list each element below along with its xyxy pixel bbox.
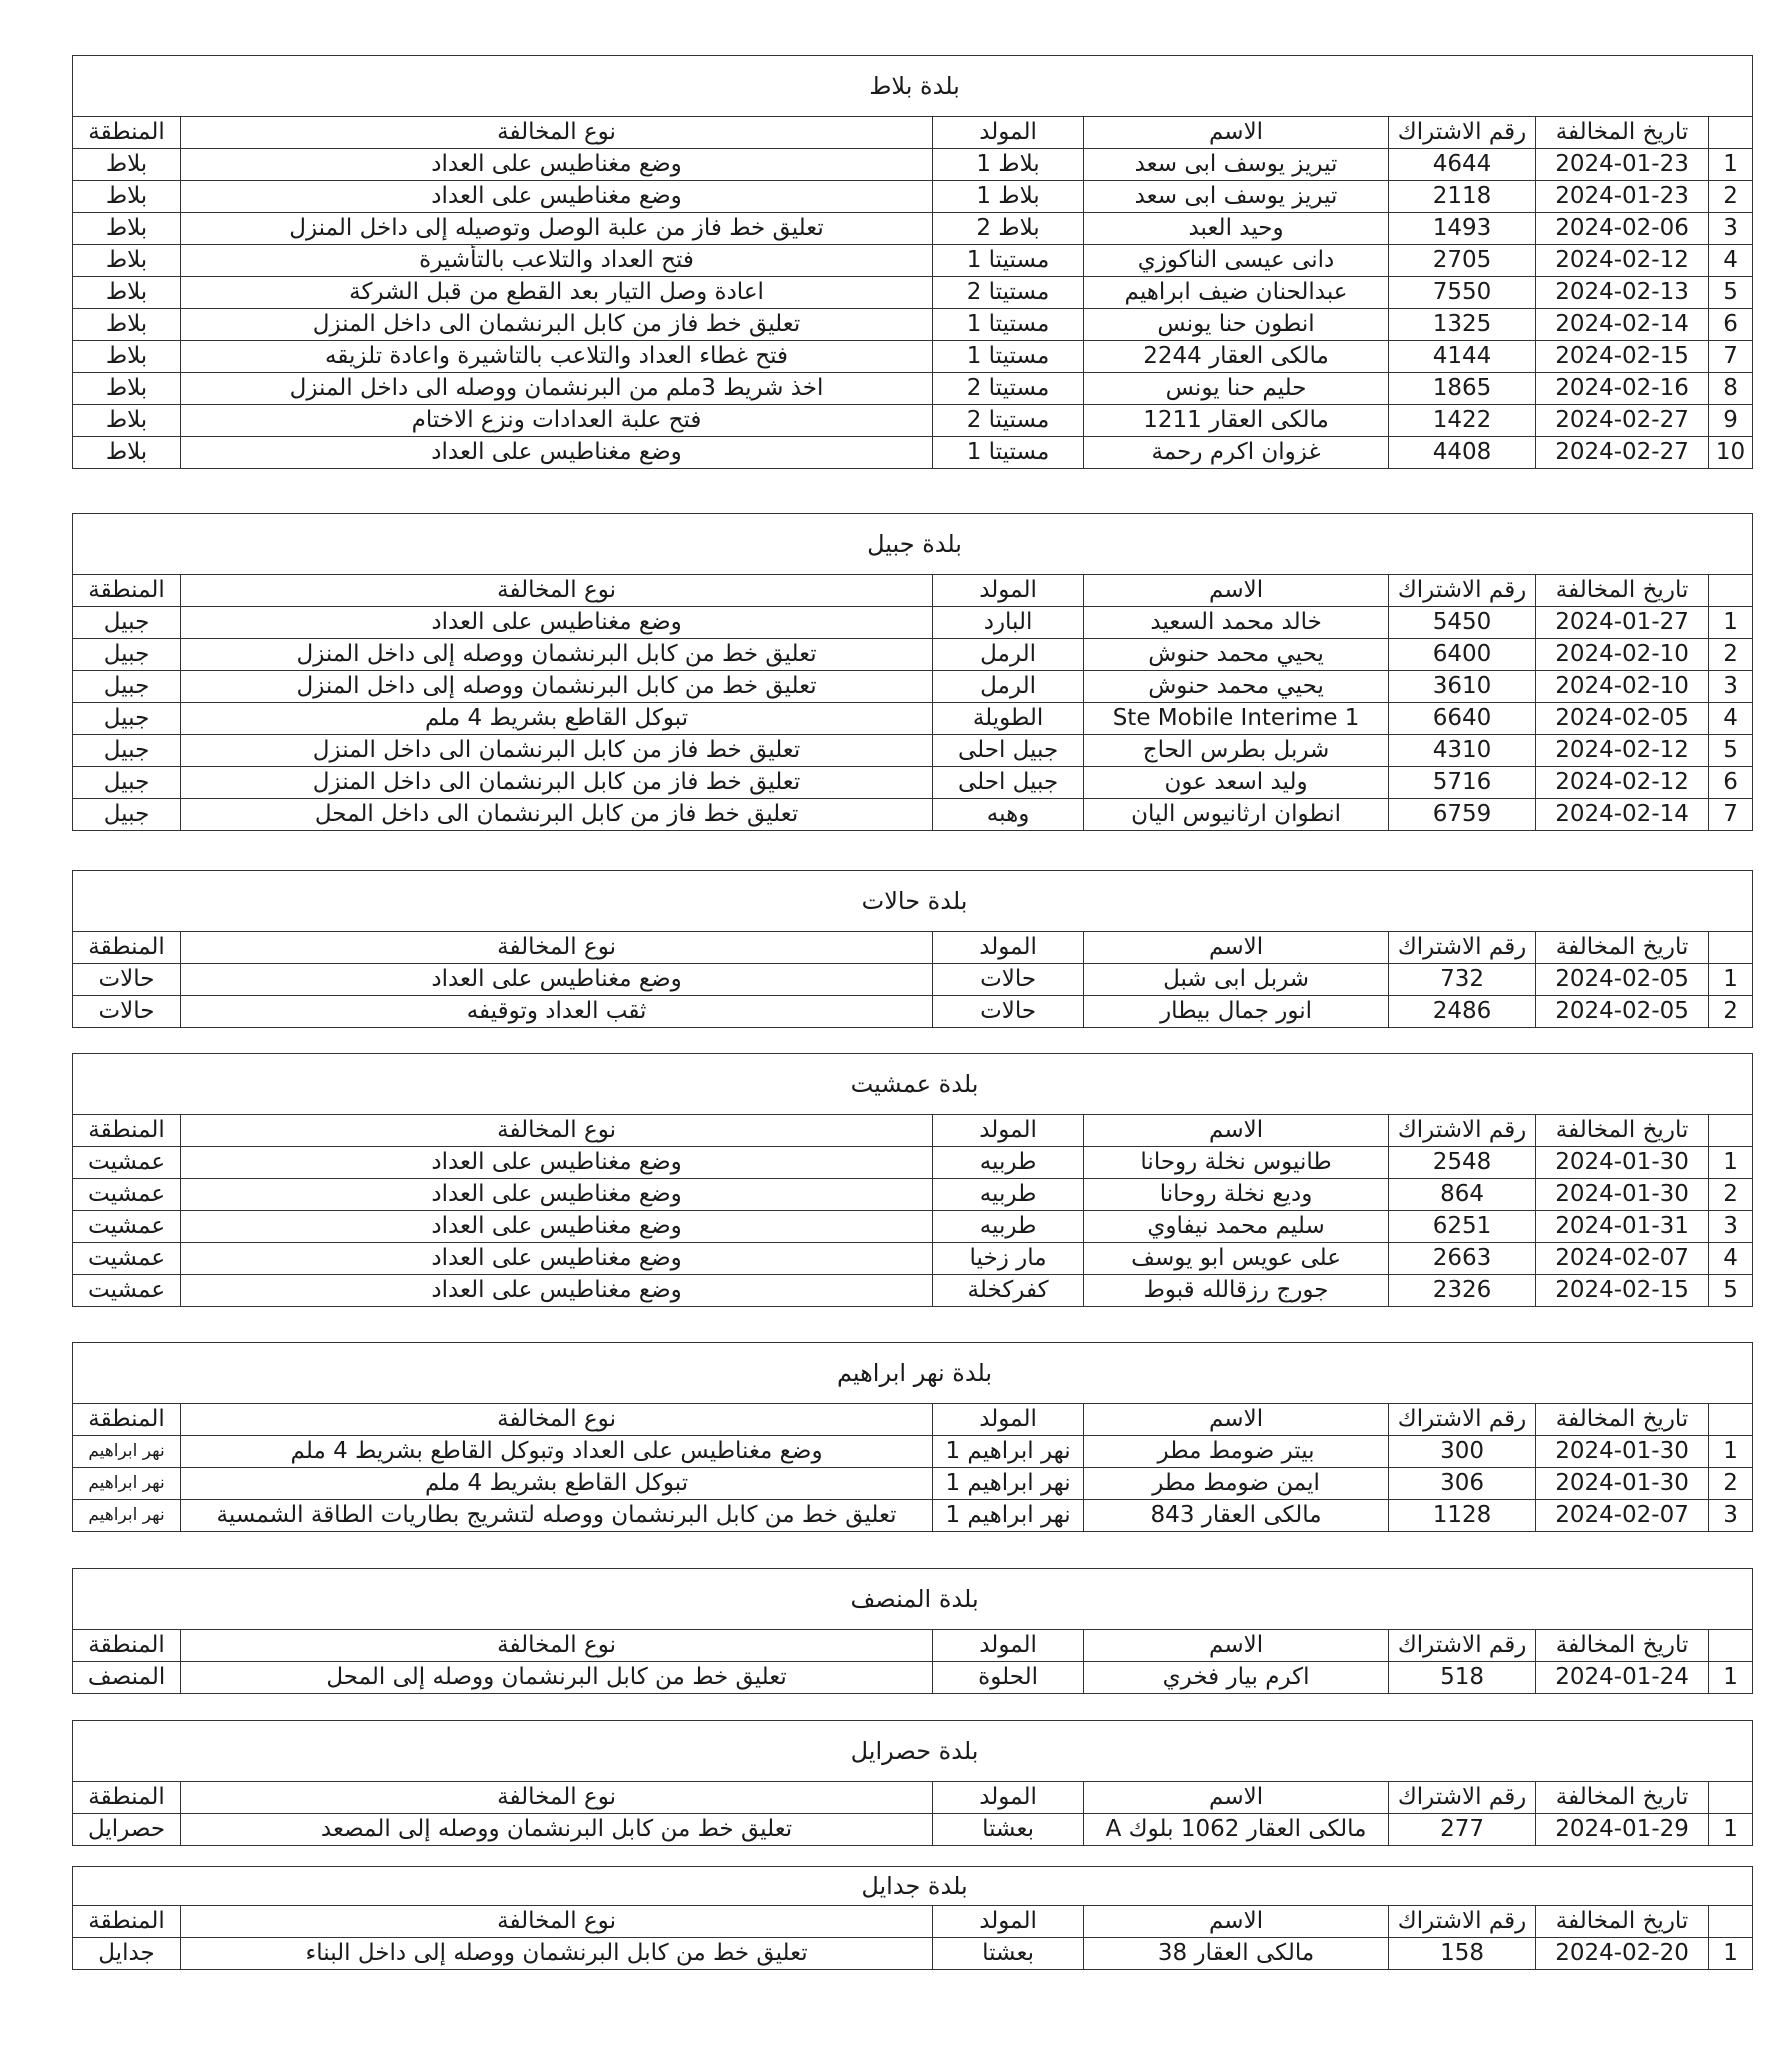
header-region: المنطقة bbox=[73, 1906, 181, 1938]
cell-region: جبيل bbox=[73, 767, 181, 799]
cell-region: بلاط bbox=[73, 277, 181, 309]
table-title-row: بلدة عمشيت bbox=[73, 1054, 1753, 1115]
header-name: الاسم bbox=[1084, 1630, 1389, 1662]
cell-violation: فتح العداد والتلاعب بالتأشيرة bbox=[181, 245, 933, 277]
table-title-row: بلدة جبيل bbox=[73, 514, 1753, 575]
cell-name: ايمن ضومط مطر bbox=[1084, 1468, 1389, 1500]
cell-violation: وضع مغناطيس على العداد bbox=[181, 181, 933, 213]
cell-subscription: 2705 bbox=[1389, 245, 1536, 277]
header-subscription: رقم الاشتراك bbox=[1389, 575, 1536, 607]
header-name: الاسم bbox=[1084, 575, 1389, 607]
table-row: 102024-02-274408غزوان اكرم رحمةمستيتا 1و… bbox=[73, 437, 1753, 469]
column-header-row: تاريخ المخالفة رقم الاشتراك الاسم المولد… bbox=[73, 1115, 1753, 1147]
cell-violation: تعليق خط من كابل البرنشمان ووصله إلى داخ… bbox=[181, 671, 933, 703]
header-index bbox=[1709, 575, 1753, 607]
cell-subscription: 518 bbox=[1389, 1662, 1536, 1694]
header-violation: نوع المخالفة bbox=[181, 1782, 933, 1814]
cell-region: بلاط bbox=[73, 245, 181, 277]
cell-index: 6 bbox=[1709, 309, 1753, 341]
cell-index: 2 bbox=[1709, 1179, 1753, 1211]
column-header-row: تاريخ المخالفة رقم الاشتراك الاسم المولد… bbox=[73, 1404, 1753, 1436]
cell-subscription: 4310 bbox=[1389, 735, 1536, 767]
header-index bbox=[1709, 1630, 1753, 1662]
cell-generator: مستيتا 1 bbox=[933, 309, 1084, 341]
table-row: 22024-01-232118تيريز يوسف ابى سعدبلاط 1و… bbox=[73, 181, 1753, 213]
cell-region: نهر ابراهيم bbox=[73, 1436, 181, 1468]
table-row: 72024-02-146759انطوان ارثانيوس اليانوهبه… bbox=[73, 799, 1753, 831]
cell-name: مالكى العقار 1062 بلوك A bbox=[1084, 1814, 1389, 1846]
header-date: تاريخ المخالفة bbox=[1536, 1782, 1709, 1814]
cell-name: جورج رزقالله قبوط bbox=[1084, 1275, 1389, 1307]
cell-date: 2024-02-14 bbox=[1536, 799, 1709, 831]
cell-subscription: 1128 bbox=[1389, 1500, 1536, 1532]
cell-generator: طربيه bbox=[933, 1211, 1084, 1243]
cell-violation: تعليق خط من كابل البرنشمان ووصله إلى داخ… bbox=[181, 1938, 933, 1970]
table-title-row: بلدة بلاط bbox=[73, 56, 1753, 117]
cell-index: 10 bbox=[1709, 437, 1753, 469]
header-violation: نوع المخالفة bbox=[181, 932, 933, 964]
cell-date: 2024-02-20 bbox=[1536, 1938, 1709, 1970]
cell-name: يحيي محمد حنوش bbox=[1084, 671, 1389, 703]
cell-date: 2024-01-29 bbox=[1536, 1814, 1709, 1846]
cell-date: 2024-02-05 bbox=[1536, 996, 1709, 1028]
header-index bbox=[1709, 1906, 1753, 1938]
table-row: 52024-02-124310شربل بطرس الحاججبيل احلىت… bbox=[73, 735, 1753, 767]
header-index bbox=[1709, 1782, 1753, 1814]
cell-generator: بلاط 1 bbox=[933, 181, 1084, 213]
header-region: المنطقة bbox=[73, 1782, 181, 1814]
cell-subscription: 300 bbox=[1389, 1436, 1536, 1468]
header-name: الاسم bbox=[1084, 1115, 1389, 1147]
cell-index: 4 bbox=[1709, 703, 1753, 735]
cell-index: 2 bbox=[1709, 1468, 1753, 1500]
header-subscription: رقم الاشتراك bbox=[1389, 1404, 1536, 1436]
header-date: تاريخ المخالفة bbox=[1536, 1630, 1709, 1662]
header-generator: المولد bbox=[933, 1404, 1084, 1436]
table-row: 12024-01-24518اكرم بيار فخريالحلوةتعليق … bbox=[73, 1662, 1753, 1694]
cell-index: 2 bbox=[1709, 639, 1753, 671]
cell-region: نهر ابراهيم bbox=[73, 1468, 181, 1500]
cell-region: بلاط bbox=[73, 405, 181, 437]
cell-name: على عويس ابو يوسف bbox=[1084, 1243, 1389, 1275]
cell-generator: بعشتا bbox=[933, 1938, 1084, 1970]
header-index bbox=[1709, 117, 1753, 149]
cell-index: 3 bbox=[1709, 671, 1753, 703]
table-title-row: بلدة المنصف bbox=[73, 1569, 1753, 1630]
table-row: 22024-02-106400يحيي محمد حنوشالرملتعليق … bbox=[73, 639, 1753, 671]
header-generator: المولد bbox=[933, 117, 1084, 149]
cell-region: بلاط bbox=[73, 181, 181, 213]
column-header-row: تاريخ المخالفة رقم الاشتراك الاسم المولد… bbox=[73, 1906, 1753, 1938]
cell-name: بيتر ضومط مطر bbox=[1084, 1436, 1389, 1468]
town-violations-table-5: بلدة نهر ابراهيم تاريخ المخالفة رقم الاش… bbox=[72, 1342, 1753, 1532]
town-title-text: بلدة حصرايل bbox=[851, 1737, 979, 1765]
cell-generator: مستيتا 1 bbox=[933, 245, 1084, 277]
header-name: الاسم bbox=[1084, 932, 1389, 964]
cell-generator: وهبه bbox=[933, 799, 1084, 831]
header-region: المنطقة bbox=[73, 575, 181, 607]
cell-date: 2024-02-15 bbox=[1536, 341, 1709, 373]
cell-index: 9 bbox=[1709, 405, 1753, 437]
town-violations-table-4: بلدة عمشيت تاريخ المخالفة رقم الاشتراك ا… bbox=[72, 1053, 1753, 1307]
cell-date: 2024-02-10 bbox=[1536, 671, 1709, 703]
header-region: المنطقة bbox=[73, 932, 181, 964]
cell-subscription: 277 bbox=[1389, 1814, 1536, 1846]
header-index bbox=[1709, 1115, 1753, 1147]
cell-subscription: 4644 bbox=[1389, 149, 1536, 181]
cell-generator: حالات bbox=[933, 996, 1084, 1028]
cell-name: دانى عيسى الناكوزي bbox=[1084, 245, 1389, 277]
cell-name: مالكى العقار 1211 bbox=[1084, 405, 1389, 437]
cell-name: غزوان اكرم رحمة bbox=[1084, 437, 1389, 469]
header-violation: نوع المخالفة bbox=[181, 117, 933, 149]
header-date: تاريخ المخالفة bbox=[1536, 117, 1709, 149]
cell-index: 1 bbox=[1709, 964, 1753, 996]
cell-name: شربل ابى شبل bbox=[1084, 964, 1389, 996]
cell-index: 5 bbox=[1709, 1275, 1753, 1307]
cell-date: 2024-02-10 bbox=[1536, 639, 1709, 671]
cell-generator: مستيتا 1 bbox=[933, 437, 1084, 469]
town-title: بلدة نهر ابراهيم bbox=[73, 1343, 1753, 1404]
header-generator: المولد bbox=[933, 1630, 1084, 1662]
cell-region: جبيل bbox=[73, 799, 181, 831]
cell-violation: اعادة وصل التيار بعد القطع من قبل الشركة bbox=[181, 277, 933, 309]
cell-violation: تعليق خط فاز من علبة الوصل وتوصيله إلى د… bbox=[181, 213, 933, 245]
table-title-row: بلدة حصرايل bbox=[73, 1721, 1753, 1782]
table-row: 12024-01-29277مالكى العقار 1062 بلوك Aبع… bbox=[73, 1814, 1753, 1846]
cell-violation: وضع مغناطيس على العداد bbox=[181, 964, 933, 996]
cell-violation: اخذ شريط 3ملم من البرنشمان ووصله الى داخ… bbox=[181, 373, 933, 405]
cell-subscription: 158 bbox=[1389, 1938, 1536, 1970]
cell-name: خالد محمد السعيد bbox=[1084, 607, 1389, 639]
cell-generator: طربيه bbox=[933, 1147, 1084, 1179]
cell-subscription: 5716 bbox=[1389, 767, 1536, 799]
cell-name: يحيي محمد حنوش bbox=[1084, 639, 1389, 671]
header-region: المنطقة bbox=[73, 1630, 181, 1662]
cell-date: 2024-02-12 bbox=[1536, 245, 1709, 277]
cell-violation: وضع مغناطيس على العداد bbox=[181, 607, 933, 639]
cell-region: بلاط bbox=[73, 437, 181, 469]
table-row: 62024-02-125716وليد اسعد عونجبيل احلىتعل… bbox=[73, 767, 1753, 799]
cell-violation: تعليق خط من كابل البرنشمان ووصله لتشريج … bbox=[181, 1500, 933, 1532]
header-violation: نوع المخالفة bbox=[181, 1404, 933, 1436]
cell-violation: وضع مغناطيس على العداد bbox=[181, 1243, 933, 1275]
cell-index: 2 bbox=[1709, 181, 1753, 213]
town-violations-table-1: بلدة بلاط تاريخ المخالفة رقم الاشتراك ال… bbox=[72, 55, 1753, 469]
town-title: بلدة بلاط bbox=[73, 56, 1753, 117]
cell-index: 8 bbox=[1709, 373, 1753, 405]
cell-generator: نهر ابراهيم 1 bbox=[933, 1436, 1084, 1468]
cell-date: 2024-01-23 bbox=[1536, 149, 1709, 181]
cell-date: 2024-02-12 bbox=[1536, 735, 1709, 767]
cell-index: 5 bbox=[1709, 277, 1753, 309]
cell-violation: وضع مغناطيس على العداد bbox=[181, 1147, 933, 1179]
table-row: 52024-02-152326جورج رزقالله قبوطكفركخلةو… bbox=[73, 1275, 1753, 1307]
table-row: 82024-02-161865حليم حنا يونسمستيتا 2اخذ … bbox=[73, 373, 1753, 405]
cell-name: شربل بطرس الحاج bbox=[1084, 735, 1389, 767]
cell-name: تيريز يوسف ابى سعد bbox=[1084, 181, 1389, 213]
cell-violation: وضع مغناطيس على العداد bbox=[181, 1179, 933, 1211]
cell-generator: الحلوة bbox=[933, 1662, 1084, 1694]
cell-index: 1 bbox=[1709, 1814, 1753, 1846]
cell-subscription: 2486 bbox=[1389, 996, 1536, 1028]
cell-date: 2024-02-07 bbox=[1536, 1243, 1709, 1275]
town-title: بلدة المنصف bbox=[73, 1569, 1753, 1630]
cell-subscription: 2663 bbox=[1389, 1243, 1536, 1275]
header-generator: المولد bbox=[933, 1782, 1084, 1814]
cell-subscription: 1493 bbox=[1389, 213, 1536, 245]
cell-subscription: 2118 bbox=[1389, 181, 1536, 213]
cell-violation: تعليق خط فاز من كابل البرنشمان الى داخل … bbox=[181, 735, 933, 767]
table-row: 12024-02-20158مالكى العقار 38بعشتاتعليق … bbox=[73, 1938, 1753, 1970]
table-row: 12024-01-30300بيتر ضومط مطرنهر ابراهيم 1… bbox=[73, 1436, 1753, 1468]
header-generator: المولد bbox=[933, 932, 1084, 964]
cell-name: Ste Mobile Interime 1 bbox=[1084, 703, 1389, 735]
cell-name: عبدالحنان ضيف ابراهيم bbox=[1084, 277, 1389, 309]
cell-index: 4 bbox=[1709, 1243, 1753, 1275]
column-header-row: تاريخ المخالفة رقم الاشتراك الاسم المولد… bbox=[73, 1630, 1753, 1662]
cell-subscription: 4408 bbox=[1389, 437, 1536, 469]
town-title-text: بلدة جدايل bbox=[861, 1872, 967, 1900]
cell-index: 1 bbox=[1709, 1662, 1753, 1694]
cell-index: 7 bbox=[1709, 799, 1753, 831]
cell-region: عمشيت bbox=[73, 1275, 181, 1307]
cell-region: المنصف bbox=[73, 1662, 181, 1694]
cell-subscription: 3610 bbox=[1389, 671, 1536, 703]
cell-region: جبيل bbox=[73, 607, 181, 639]
header-subscription: رقم الاشتراك bbox=[1389, 1906, 1536, 1938]
cell-date: 2024-02-14 bbox=[1536, 309, 1709, 341]
header-violation: نوع المخالفة bbox=[181, 575, 933, 607]
table-row: 42024-02-056640Ste Mobile Interime 1الطو… bbox=[73, 703, 1753, 735]
cell-date: 2024-02-16 bbox=[1536, 373, 1709, 405]
cell-subscription: 6759 bbox=[1389, 799, 1536, 831]
cell-index: 3 bbox=[1709, 1211, 1753, 1243]
header-subscription: رقم الاشتراك bbox=[1389, 1115, 1536, 1147]
town-title-text: بلدة المنصف bbox=[850, 1585, 978, 1613]
cell-region: حالات bbox=[73, 996, 181, 1028]
cell-index: 1 bbox=[1709, 1938, 1753, 1970]
table-row: 42024-02-122705دانى عيسى الناكوزيمستيتا … bbox=[73, 245, 1753, 277]
header-date: تاريخ المخالفة bbox=[1536, 932, 1709, 964]
table-row: 22024-02-052486انور جمال بيطارحالاتثقب ا… bbox=[73, 996, 1753, 1028]
cell-date: 2024-02-27 bbox=[1536, 437, 1709, 469]
header-date: تاريخ المخالفة bbox=[1536, 1115, 1709, 1147]
cell-region: بلاط bbox=[73, 149, 181, 181]
table-row: 12024-01-302548طانيوس نخلة روحاناطربيهوض… bbox=[73, 1147, 1753, 1179]
header-subscription: رقم الاشتراك bbox=[1389, 1782, 1536, 1814]
table-title-row: بلدة حالات bbox=[73, 871, 1753, 932]
cell-violation: تعليق خط فاز من كابل البرنشمان الى داخل … bbox=[181, 309, 933, 341]
table-row: 32024-02-061493وحيد العبدبلاط 2تعليق خط … bbox=[73, 213, 1753, 245]
cell-subscription: 5450 bbox=[1389, 607, 1536, 639]
cell-generator: مار زخيا bbox=[933, 1243, 1084, 1275]
cell-name: اكرم بيار فخري bbox=[1084, 1662, 1389, 1694]
cell-subscription: 6400 bbox=[1389, 639, 1536, 671]
cell-violation: تعليق خط من كابل البرنشمان ووصله إلى الم… bbox=[181, 1814, 933, 1846]
cell-date: 2024-02-05 bbox=[1536, 964, 1709, 996]
table-row: 52024-02-137550عبدالحنان ضيف ابراهيممستي… bbox=[73, 277, 1753, 309]
cell-violation: تعليق خط من كابل البرنشمان ووصله إلى داخ… bbox=[181, 639, 933, 671]
cell-generator: جبيل احلى bbox=[933, 735, 1084, 767]
header-date: تاريخ المخالفة bbox=[1536, 1906, 1709, 1938]
header-region: المنطقة bbox=[73, 1115, 181, 1147]
cell-subscription: 306 bbox=[1389, 1468, 1536, 1500]
header-name: الاسم bbox=[1084, 1782, 1389, 1814]
town-title: بلدة حصرايل bbox=[73, 1721, 1753, 1782]
header-index bbox=[1709, 1404, 1753, 1436]
header-region: المنطقة bbox=[73, 117, 181, 149]
column-header-row: تاريخ المخالفة رقم الاشتراك الاسم المولد… bbox=[73, 932, 1753, 964]
town-violations-table-6: بلدة المنصف تاريخ المخالفة رقم الاشتراك … bbox=[72, 1568, 1753, 1694]
cell-name: مالكى العقار 38 bbox=[1084, 1938, 1389, 1970]
cell-region: جدايل bbox=[73, 1938, 181, 1970]
cell-name: وديع نخلة روحانا bbox=[1084, 1179, 1389, 1211]
cell-index: 3 bbox=[1709, 1500, 1753, 1532]
cell-generator: بلاط 2 bbox=[933, 213, 1084, 245]
cell-date: 2024-01-23 bbox=[1536, 181, 1709, 213]
cell-region: بلاط bbox=[73, 309, 181, 341]
cell-generator: بلاط 1 bbox=[933, 149, 1084, 181]
column-header-row: تاريخ المخالفة رقم الاشتراك الاسم المولد… bbox=[73, 117, 1753, 149]
cell-region: نهر ابراهيم bbox=[73, 1500, 181, 1532]
table-row: 62024-02-141325انطون حنا يونسمستيتا 1تعل… bbox=[73, 309, 1753, 341]
cell-region: حصرايل bbox=[73, 1814, 181, 1846]
cell-index: 1 bbox=[1709, 1147, 1753, 1179]
cell-region: عمشيت bbox=[73, 1179, 181, 1211]
town-title: بلدة جبيل bbox=[73, 514, 1753, 575]
town-title-text: بلدة نهر ابراهيم bbox=[837, 1359, 992, 1387]
town-violations-table-2: بلدة جبيل تاريخ المخالفة رقم الاشتراك ال… bbox=[72, 513, 1753, 831]
cell-generator: نهر ابراهيم 1 bbox=[933, 1468, 1084, 1500]
town-title-text: بلدة عمشيت bbox=[851, 1070, 979, 1098]
cell-region: جبيل bbox=[73, 735, 181, 767]
table-row: 12024-01-275450خالد محمد السعيدالباردوضع… bbox=[73, 607, 1753, 639]
town-violations-table-3: بلدة حالات تاريخ المخالفة رقم الاشتراك ا… bbox=[72, 870, 1753, 1028]
cell-name: طانيوس نخلة روحانا bbox=[1084, 1147, 1389, 1179]
cell-region: عمشيت bbox=[73, 1147, 181, 1179]
cell-index: 1 bbox=[1709, 149, 1753, 181]
cell-date: 2024-02-06 bbox=[1536, 213, 1709, 245]
header-name: الاسم bbox=[1084, 117, 1389, 149]
header-date: تاريخ المخالفة bbox=[1536, 1404, 1709, 1436]
cell-index: 7 bbox=[1709, 341, 1753, 373]
column-header-row: تاريخ المخالفة رقم الاشتراك الاسم المولد… bbox=[73, 575, 1753, 607]
cell-violation: تبوكل القاطع بشريط 4 ملم bbox=[181, 703, 933, 735]
table-row: 12024-01-234644تيريز يوسف ابى سعدبلاط 1و… bbox=[73, 149, 1753, 181]
cell-name: وحيد العبد bbox=[1084, 213, 1389, 245]
cell-generator: مستيتا 1 bbox=[933, 341, 1084, 373]
cell-date: 2024-02-05 bbox=[1536, 703, 1709, 735]
cell-region: عمشيت bbox=[73, 1243, 181, 1275]
cell-generator: نهر ابراهيم 1 bbox=[933, 1500, 1084, 1532]
cell-generator: الطويلة bbox=[933, 703, 1084, 735]
cell-generator: مستيتا 2 bbox=[933, 373, 1084, 405]
cell-name: مالكى العقار 843 bbox=[1084, 1500, 1389, 1532]
cell-violation: وضع مغناطيس على العداد bbox=[181, 149, 933, 181]
header-violation: نوع المخالفة bbox=[181, 1906, 933, 1938]
header-name: الاسم bbox=[1084, 1404, 1389, 1436]
cell-generator: جبيل احلى bbox=[933, 767, 1084, 799]
header-violation: نوع المخالفة bbox=[181, 1630, 933, 1662]
cell-name: انطوان ارثانيوس اليان bbox=[1084, 799, 1389, 831]
cell-date: 2024-02-12 bbox=[1536, 767, 1709, 799]
cell-generator: مستيتا 2 bbox=[933, 277, 1084, 309]
cell-violation: تبوكل القاطع بشريط 4 ملم bbox=[181, 1468, 933, 1500]
town-title: بلدة حالات bbox=[73, 871, 1753, 932]
table-row: 42024-02-072663على عويس ابو يوسفمار زخيا… bbox=[73, 1243, 1753, 1275]
header-generator: المولد bbox=[933, 1906, 1084, 1938]
cell-generator: الرمل bbox=[933, 639, 1084, 671]
cell-date: 2024-01-31 bbox=[1536, 1211, 1709, 1243]
cell-region: جبيل bbox=[73, 639, 181, 671]
cell-index: 6 bbox=[1709, 767, 1753, 799]
cell-violation: وضع مغناطيس على العداد bbox=[181, 1211, 933, 1243]
cell-generator: حالات bbox=[933, 964, 1084, 996]
cell-date: 2024-02-13 bbox=[1536, 277, 1709, 309]
cell-index: 2 bbox=[1709, 996, 1753, 1028]
cell-date: 2024-02-15 bbox=[1536, 1275, 1709, 1307]
column-header-row: تاريخ المخالفة رقم الاشتراك الاسم المولد… bbox=[73, 1782, 1753, 1814]
cell-date: 2024-01-30 bbox=[1536, 1147, 1709, 1179]
table-row: 12024-02-05732شربل ابى شبلحالاتوضع مغناط… bbox=[73, 964, 1753, 996]
cell-name: مالكى العقار 2244 bbox=[1084, 341, 1389, 373]
cell-violation: وضع مغناطيس على العداد bbox=[181, 1275, 933, 1307]
cell-name: انور جمال بيطار bbox=[1084, 996, 1389, 1028]
cell-generator: مستيتا 2 bbox=[933, 405, 1084, 437]
cell-date: 2024-01-30 bbox=[1536, 1179, 1709, 1211]
cell-subscription: 1325 bbox=[1389, 309, 1536, 341]
header-subscription: رقم الاشتراك bbox=[1389, 932, 1536, 964]
header-violation: نوع المخالفة bbox=[181, 1115, 933, 1147]
town-title: بلدة عمشيت bbox=[73, 1054, 1753, 1115]
cell-date: 2024-01-27 bbox=[1536, 607, 1709, 639]
cell-region: جبيل bbox=[73, 703, 181, 735]
cell-generator: طربيه bbox=[933, 1179, 1084, 1211]
cell-name: حليم حنا يونس bbox=[1084, 373, 1389, 405]
cell-violation: فتح غطاء العداد والتلاعب بالتاشيرة واعاد… bbox=[181, 341, 933, 373]
cell-violation: وضع مغناطيس على العداد bbox=[181, 437, 933, 469]
table-row: 72024-02-154144مالكى العقار 2244مستيتا 1… bbox=[73, 341, 1753, 373]
header-subscription: رقم الاشتراك bbox=[1389, 1630, 1536, 1662]
cell-index: 3 bbox=[1709, 213, 1753, 245]
cell-date: 2024-02-27 bbox=[1536, 405, 1709, 437]
cell-subscription: 1865 bbox=[1389, 373, 1536, 405]
table-title-row: بلدة نهر ابراهيم bbox=[73, 1343, 1753, 1404]
cell-violation: وضع مغناطيس على العداد وتبوكل القاطع بشر… bbox=[181, 1436, 933, 1468]
cell-subscription: 6251 bbox=[1389, 1211, 1536, 1243]
town-title-text: بلدة حالات bbox=[862, 887, 968, 915]
cell-subscription: 7550 bbox=[1389, 277, 1536, 309]
cell-violation: تعليق خط من كابل البرنشمان ووصله إلى الم… bbox=[181, 1662, 933, 1694]
cell-violation: فتح علبة العدادات ونزع الاختام bbox=[181, 405, 933, 437]
cell-generator: البارد bbox=[933, 607, 1084, 639]
town-violations-table-7: بلدة حصرايل تاريخ المخالفة رقم الاشتراك … bbox=[72, 1720, 1753, 1846]
cell-generator: بعشتا bbox=[933, 1814, 1084, 1846]
table-row: 32024-01-316251سليم محمد نيفاويطربيهوضع … bbox=[73, 1211, 1753, 1243]
cell-subscription: 1422 bbox=[1389, 405, 1536, 437]
header-date: تاريخ المخالفة bbox=[1536, 575, 1709, 607]
table-row: 92024-02-271422مالكى العقار 1211مستيتا 2… bbox=[73, 405, 1753, 437]
table-row: 22024-01-30306ايمن ضومط مطرنهر ابراهيم 1… bbox=[73, 1468, 1753, 1500]
cell-region: عمشيت bbox=[73, 1211, 181, 1243]
cell-index: 1 bbox=[1709, 1436, 1753, 1468]
cell-violation: ثقب العداد وتوقيفه bbox=[181, 996, 933, 1028]
town-title-text: بلدة جبيل bbox=[867, 530, 962, 558]
header-index bbox=[1709, 932, 1753, 964]
header-subscription: رقم الاشتراك bbox=[1389, 117, 1536, 149]
cell-date: 2024-01-30 bbox=[1536, 1436, 1709, 1468]
